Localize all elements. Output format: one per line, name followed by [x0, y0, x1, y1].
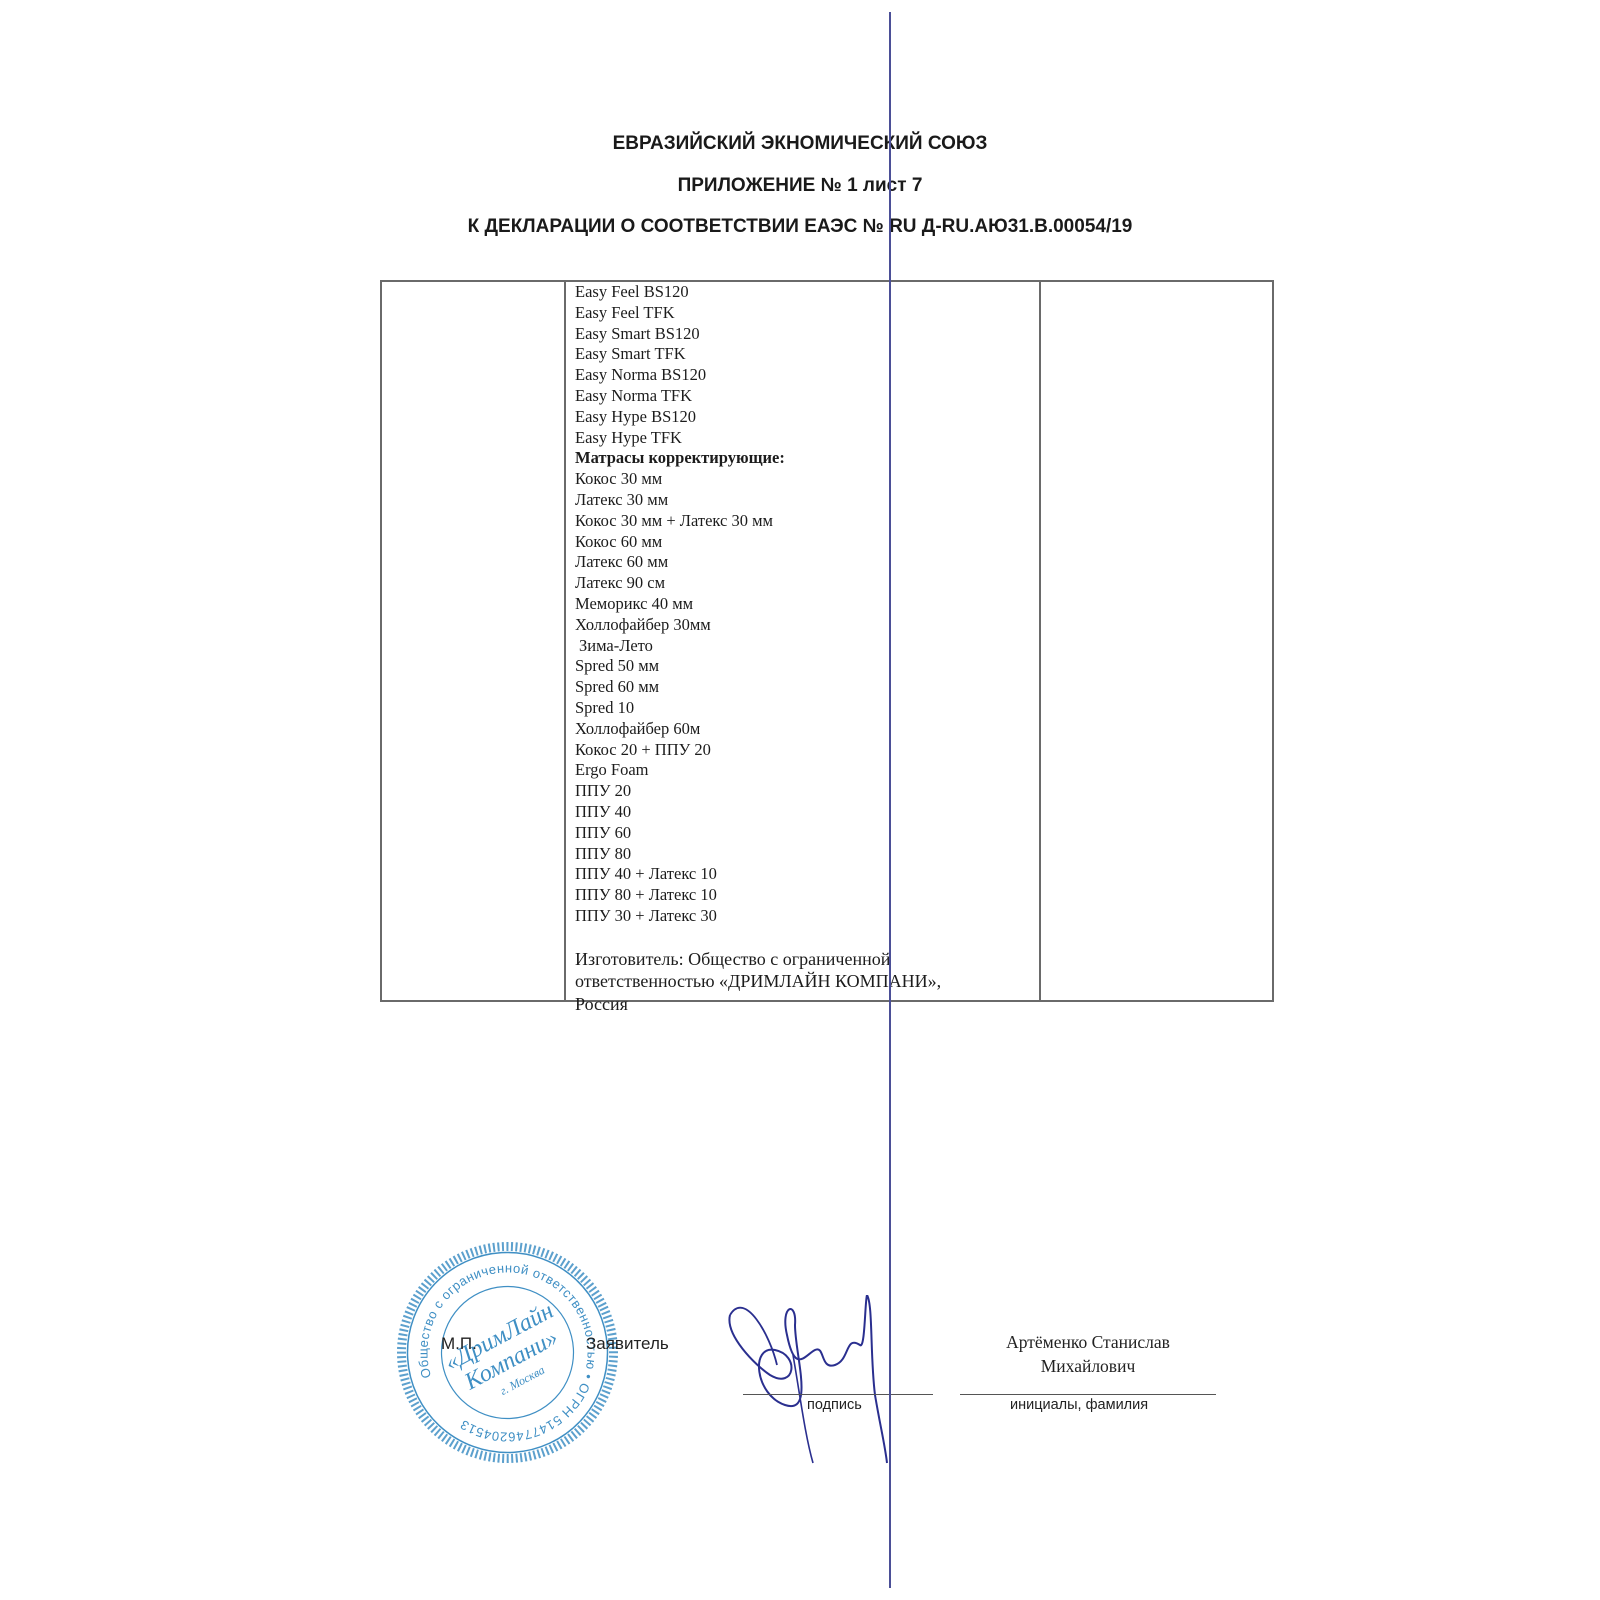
product-list-item: Ergo Foam [575, 760, 1035, 781]
product-list-item: Зима-Лето [575, 636, 1035, 657]
product-list-cell: Easy Feel BS120Easy Feel TFKEasy Smart B… [575, 282, 1035, 1015]
section-heading: Матрасы корректирующие: [575, 448, 1035, 469]
product-list-item: Easy Smart BS120 [575, 324, 1035, 345]
header-appendix-title: ПРИЛОЖЕНИЕ № 1 лист 7 [0, 175, 1600, 197]
product-list-item: Латекс 90 см [575, 573, 1035, 594]
product-list-item: Кокос 30 мм [575, 469, 1035, 490]
product-list-item: ППУ 40 [575, 802, 1035, 823]
product-list-item: ППУ 40 + Латекс 10 [575, 864, 1035, 885]
table-column-divider [1039, 282, 1041, 1000]
product-list-item: Easy Hype TFK [575, 428, 1035, 449]
product-list-item: Easy Feel TFK [575, 303, 1035, 324]
product-list-item: ППУ 80 [575, 844, 1035, 865]
header-union-title: ЕВРАЗИЙСКИЙ ЭКНОМИЧЕСКИЙ СОЮЗ [0, 133, 1600, 155]
product-list-item: ППУ 20 [575, 781, 1035, 802]
product-list-item: Кокос 20 + ППУ 20 [575, 740, 1035, 761]
handwritten-signature [725, 1295, 915, 1465]
product-list-item: Spred 10 [575, 698, 1035, 719]
products-table: Easy Feel BS120Easy Feel TFKEasy Smart B… [380, 280, 1274, 1002]
product-list-item: Spred 60 мм [575, 677, 1035, 698]
manufacturer-line: ответственностью «ДРИМЛАЙН КОМПАНИ», [575, 970, 1035, 993]
product-list-item: Латекс 30 мм [575, 490, 1035, 511]
name-caption: инициалы, фамилия [1010, 1397, 1148, 1413]
product-list-item: Spred 50 мм [575, 656, 1035, 677]
product-list-item: ППУ 60 [575, 823, 1035, 844]
manufacturer-line: Изготовитель: Общество с ограниченной [575, 948, 1035, 971]
signature-caption: подпись [807, 1397, 862, 1413]
product-list-item: Easy Norma TFK [575, 386, 1035, 407]
product-list-item: Кокос 30 мм + Латекс 30 мм [575, 511, 1035, 532]
signer-name-line: Михайлович [960, 1354, 1216, 1378]
product-list-item: Меморикс 40 мм [575, 594, 1035, 615]
product-list-item: Easy Feel BS120 [575, 282, 1035, 303]
product-list-item: Латекс 60 мм [575, 552, 1035, 573]
product-list-item: Холлофайбер 60м [575, 719, 1035, 740]
product-list-item: ППУ 80 + Латекс 10 [575, 885, 1035, 906]
manufacturer-info: Изготовитель: Общество с ограниченной от… [575, 948, 1035, 1016]
product-list-item: Кокос 60 мм [575, 532, 1035, 553]
document-page: ЕВРАЗИЙСКИЙ ЭКНОМИЧЕСКИЙ СОЮЗ ПРИЛОЖЕНИЕ… [0, 0, 1600, 1600]
vertical-annotation-line [889, 12, 891, 1588]
name-line [960, 1394, 1216, 1395]
table-column-divider [564, 282, 566, 1000]
product-list-item: Easy Smart TFK [575, 344, 1035, 365]
applicant-label: Заявитель [586, 1334, 669, 1354]
signer-name-line: Артёменко Станислав [960, 1330, 1216, 1354]
stamp-place-label: М.П. [441, 1334, 477, 1354]
signer-name: Артёменко Станислав Михайлович [960, 1330, 1216, 1378]
product-list-item: Easy Hype BS120 [575, 407, 1035, 428]
product-list-item: Easy Norma BS120 [575, 365, 1035, 386]
product-list-item: Холлофайбер 30мм [575, 615, 1035, 636]
product-list-item: ППУ 30 + Латекс 30 [575, 906, 1035, 927]
signature-line [743, 1394, 933, 1395]
manufacturer-line: Россия [575, 993, 1035, 1016]
header-declaration-number: К ДЕКЛАРАЦИИ О СООТВЕТСТВИИ ЕАЭС № RU Д-… [0, 216, 1600, 238]
